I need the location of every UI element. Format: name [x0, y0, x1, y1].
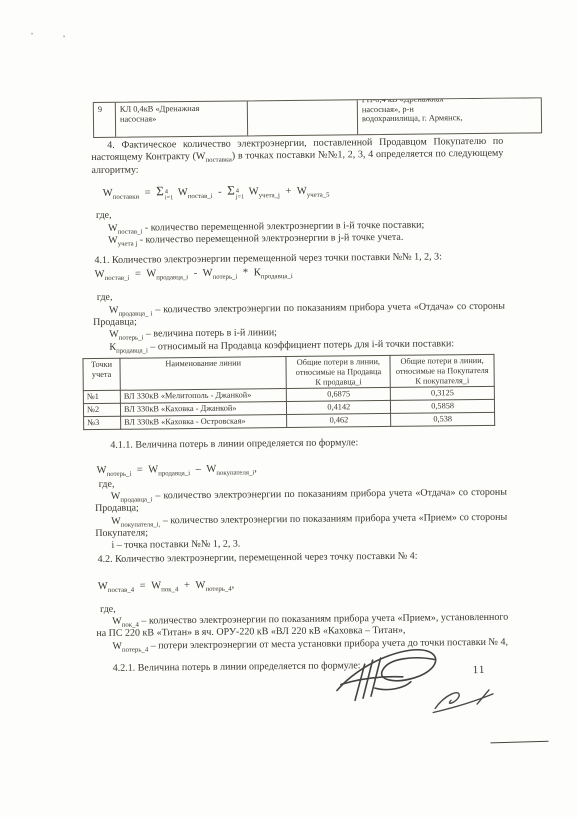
- sum-symbol: Σ: [227, 182, 235, 197]
- section-411-heading: 4.1.1. Величина потерь в линии определяе…: [110, 436, 506, 452]
- section-42-heading: 4.2. Количество электроэнергии, перемеще…: [98, 550, 508, 567]
- table-header-row: Точки учета Наименование линии Общие пот…: [83, 354, 494, 391]
- formula-41: Wпостав_i = Wпродавца_i - Wпотерь_i * Кп…: [95, 263, 505, 283]
- table-header-cell: Наименование линии: [120, 356, 287, 390]
- signature-ink-2: [427, 682, 499, 721]
- document-body: 4. Фактическое количество электроэнергии…: [91, 136, 509, 675]
- row-number-cell: 9: [94, 103, 116, 137]
- scan-speck: [31, 33, 33, 35]
- table-header-cell: Общие потери в линии, относимые на Покуп…: [390, 354, 494, 387]
- loss-coefficients-table: Точки учета Наименование линии Общие пот…: [82, 354, 495, 431]
- formula-42: Wпостав_4 = Wпок_4 + Wпотерь_4,: [98, 574, 508, 594]
- line-name-cell: КЛ 0,4кВ «Дренажная насосная»: [116, 101, 248, 136]
- scanned-page: 9 КЛ 0,4кВ «Дренажная насосная» РП-0,4 к…: [0, 0, 577, 817]
- location-cell: РП-0,4 кВ «Дренажная насосная», р-н водо…: [358, 98, 541, 134]
- table-header-cell: Точки учета: [83, 358, 120, 391]
- scan-artifact-line: [491, 741, 549, 744]
- scan-speck: [63, 35, 65, 37]
- page-number: 11: [473, 664, 486, 676]
- paragraph-4: 4. Фактическое количество электроэнергии…: [91, 136, 503, 177]
- top-table-fragment: 9 КЛ 0,4кВ «Дренажная насосная» РП-0,4 к…: [93, 97, 542, 138]
- table-header-cell: Общие потери в линии, относимые на Прода…: [286, 355, 390, 388]
- sum-symbol: Σ: [156, 183, 164, 198]
- formula-w-postavki: Wпоставки = Σ4i=1 Wпостав_i - Σ4j=1 Wуче…: [103, 180, 504, 203]
- empty-cell: [248, 100, 358, 135]
